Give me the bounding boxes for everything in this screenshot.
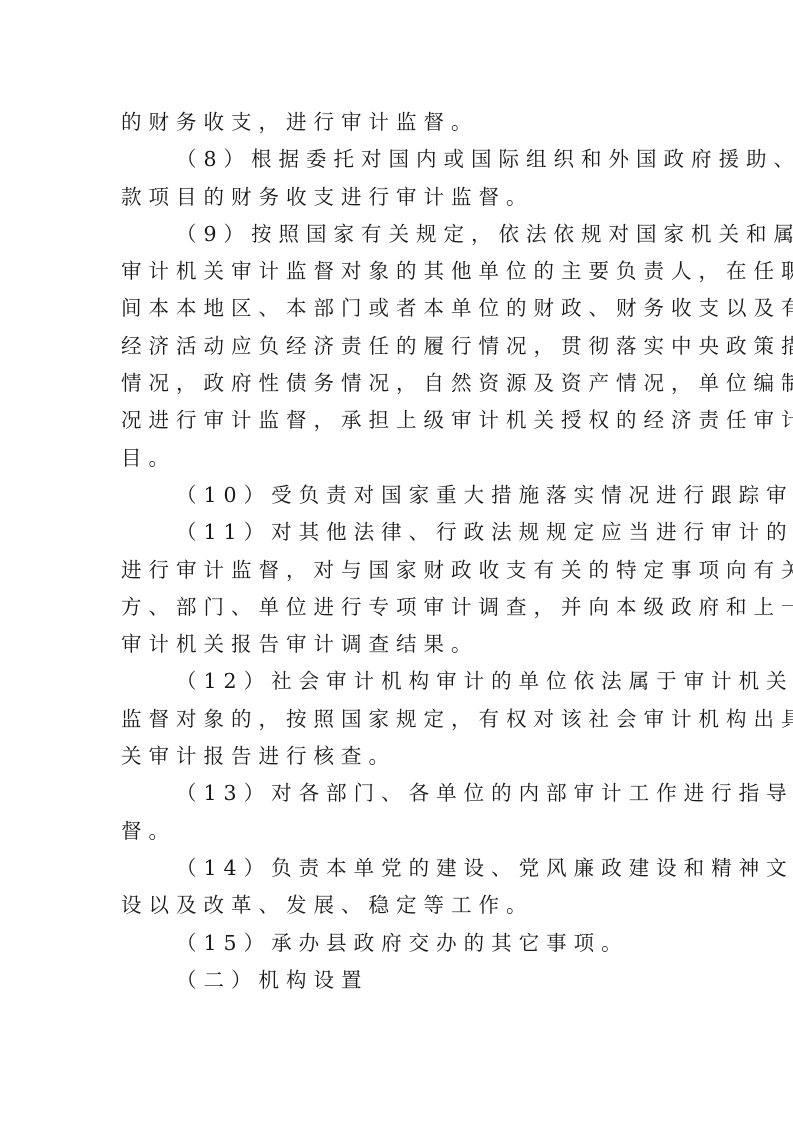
text-line: 间本本地区、本部门或者本单位的财政、财务收支以及有关 xyxy=(121,290,681,327)
paragraph-item-13: （13）对各部门、各单位的内部审计工作进行指导和监 督。 xyxy=(121,775,681,850)
text-line: 款项目的财务收支进行审计监督。 xyxy=(121,179,681,216)
text-line: （12）社会审计机构审计的单位依法属于审计机关审计 xyxy=(121,663,681,700)
text-line: 方、部门、单位进行专项审计调查，并向本级政府和上一级 xyxy=(121,589,681,626)
paragraph-item-12: （12）社会审计机构审计的单位依法属于审计机关审计 监督对象的，按照国家规定，有… xyxy=(121,663,681,775)
section-heading-text: （二）机构设置 xyxy=(121,962,681,999)
text-line: （14）负责本单党的建设、党风廉政建设和精神文明建 xyxy=(121,850,681,887)
text-line: 关审计报告进行核查。 xyxy=(121,738,681,775)
paragraph-continuation: 的财务收支，进行审计监督。 xyxy=(121,104,681,141)
text-line: 情况，政府性债务情况，自然资源及资产情况，单位编制情 xyxy=(121,365,681,402)
text-line: （8）根据委托对国内或国际组织和外国政府援助、贷 xyxy=(121,141,681,178)
paragraph-item-15: （15）承办县政府交办的其它事项。 xyxy=(121,925,681,962)
text-line: 审计机关审计监督对象的其他单位的主要负责人，在任职期 xyxy=(121,253,681,290)
paragraph-item-11: （11）对其他法律、行政法规规定应当进行审计的事项 进行审计监督，对与国家财政收… xyxy=(121,514,681,663)
text-line: （10）受负责对国家重大措施落实情况进行跟踪审计。 xyxy=(121,477,681,514)
text-line: 督。 xyxy=(121,813,681,850)
text-line: （15）承办县政府交办的其它事项。 xyxy=(121,925,681,962)
text-line: 审计机关报告审计调查结果。 xyxy=(121,626,681,663)
text-line: 的财务收支，进行审计监督。 xyxy=(121,104,681,141)
paragraph-item-8: （8）根据委托对国内或国际组织和外国政府援助、贷 款项目的财务收支进行审计监督。 xyxy=(121,141,681,216)
section-heading-organization: （二）机构设置 xyxy=(121,962,681,999)
document-page: 的财务收支，进行审计监督。 （8）根据委托对国内或国际组织和外国政府援助、贷 款… xyxy=(121,104,681,999)
text-line: 经济活动应负经济责任的履行情况，贯彻落实中央政策措施 xyxy=(121,328,681,365)
text-line: 况进行审计监督，承担上级审计机关授权的经济责任审计项 xyxy=(121,402,681,439)
text-line: 设以及改革、发展、稳定等工作。 xyxy=(121,887,681,924)
text-line: 目。 xyxy=(121,440,681,477)
text-line: 进行审计监督，对与国家财政收支有关的特定事项向有关地 xyxy=(121,552,681,589)
text-line: （13）对各部门、各单位的内部审计工作进行指导和监 xyxy=(121,775,681,812)
text-line: （11）对其他法律、行政法规规定应当进行审计的事项 xyxy=(121,514,681,551)
paragraph-item-9: （9）按照国家有关规定，依法依规对国家机关和属于 审计机关审计监督对象的其他单位… xyxy=(121,216,681,477)
paragraph-item-14: （14）负责本单党的建设、党风廉政建设和精神文明建 设以及改革、发展、稳定等工作… xyxy=(121,850,681,925)
paragraph-item-10: （10）受负责对国家重大措施落实情况进行跟踪审计。 xyxy=(121,477,681,514)
text-line: （9）按照国家有关规定，依法依规对国家机关和属于 xyxy=(121,216,681,253)
text-line: 监督对象的，按照国家规定，有权对该社会审计机构出具相 xyxy=(121,701,681,738)
